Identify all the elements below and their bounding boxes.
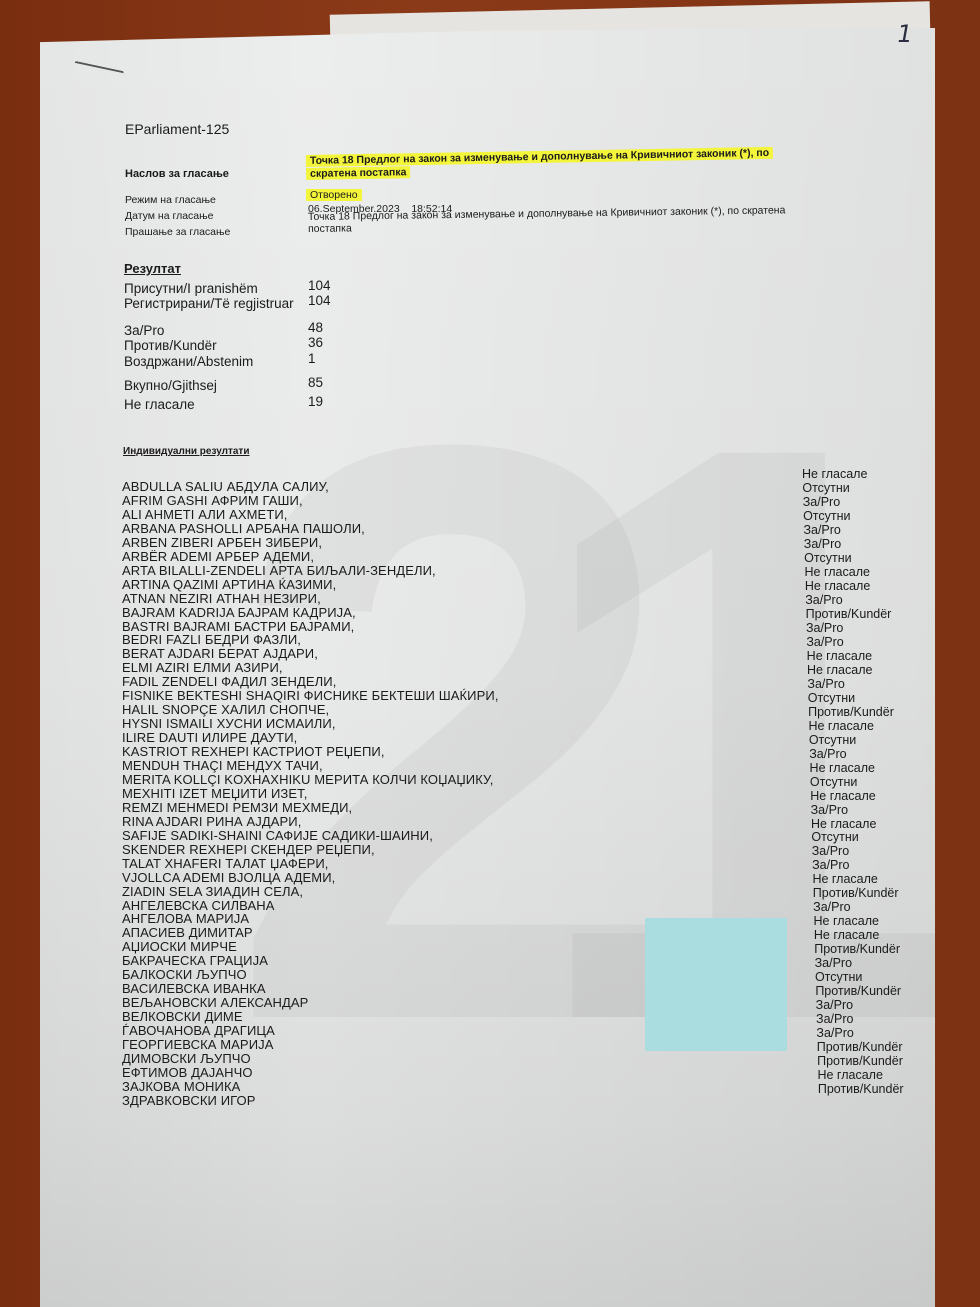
member-name: ARBEN ZIBERI АРБЕН ЗИБЕРИ, xyxy=(122,535,322,550)
member-vote: Не гласале xyxy=(805,565,870,579)
member-name: БАЛКОСКИ ЉУПЧО xyxy=(122,967,247,982)
member-vote: Против/Kundër xyxy=(817,1054,903,1068)
member-vote: Не гласале xyxy=(807,663,872,677)
result-label: Не гласале xyxy=(124,397,195,412)
member-name: ВЕЛКОВСКИ ДИМЕ xyxy=(122,1009,243,1024)
member-name: ЃАВОЧАНОВА ДРАГИЦА xyxy=(122,1023,275,1038)
result-value: 104 xyxy=(308,278,331,293)
member-vote: За/Pro xyxy=(805,593,842,607)
member-name: АНГЕЛОВА МАРИЈА xyxy=(122,911,249,926)
member-name: АПАСИЕВ ДИМИТАР xyxy=(122,925,253,940)
member-name: SAFIJE SADIKI-SHAINI САФИЈЕ САДИКИ-ШАИНИ… xyxy=(122,828,433,843)
member-vote: За/Pro xyxy=(813,900,850,914)
member-name: HALIL SNOPÇE ХАЛИЛ СНОПЧЕ, xyxy=(122,702,329,717)
member-name: ВЕЉАНОВСКИ АЛЕКСАНДАР xyxy=(122,995,308,1010)
member-vote: Не гласале xyxy=(810,761,875,775)
member-vote: Не гласале xyxy=(811,817,876,831)
member-name: ARBËR ADEMI АРБЕР АДЕМИ, xyxy=(122,549,314,564)
member-vote: Не гласале xyxy=(814,928,879,942)
individual-results-title: Индивидуални резултати xyxy=(123,446,249,457)
document-id: EParliament-125 xyxy=(125,121,229,137)
member-vote: Против/Kundër xyxy=(813,886,899,900)
meta-label-title: Наслов за гласање xyxy=(125,168,229,180)
member-name: MERITA KOLLÇI KOXHAXHIKU МЕРИТА КОЛЧИ КО… xyxy=(122,772,493,787)
member-name: KASTRIOT REXHEPI КАСТРИОТ РЕЏЕПИ, xyxy=(122,744,385,759)
result-label: Регистрирани/Të regjistruar xyxy=(124,296,294,311)
meta-label-date: Датум на гласање xyxy=(125,210,214,222)
member-vote: Не гласале xyxy=(817,1068,882,1082)
member-vote: Против/Kundër xyxy=(814,942,900,956)
member-name: BAJRAM KADRIJA БАЈРАМ КАДРИЈА, xyxy=(122,605,356,620)
result-value: 48 xyxy=(308,320,323,335)
member-vote: Отсутни xyxy=(811,830,858,844)
meta-label-mode: Режим на гласање xyxy=(125,194,216,206)
member-name: ARTA BILALLI-ZENDELI АРТА БИЉАЛИ-ЗЕНДЕЛИ… xyxy=(122,563,436,578)
member-name: BERAT AJDARI БЕРАТ АЈДАРИ, xyxy=(122,646,318,661)
member-vote: За/Pro xyxy=(803,495,840,509)
member-vote: Против/Kundër xyxy=(806,607,892,621)
member-name: АЏИОСКИ МИРЧЕ xyxy=(122,939,237,954)
member-name: ELMI AZIRI ЕЛМИ АЗИРИ, xyxy=(122,660,283,675)
member-vote: Не гласале xyxy=(805,579,870,593)
member-name: ЗАЈКОВА МОНИКА xyxy=(122,1079,240,1094)
member-name: ZIADIN SELA ЗИАДИН СЕЛА, xyxy=(122,884,303,899)
result-value: 104 xyxy=(308,293,331,308)
member-name: ВАСИЛЕВСКА ИВАНКА xyxy=(122,981,266,996)
member-vote: Не гласале xyxy=(808,719,873,733)
member-vote: Против/Kundër xyxy=(815,984,901,998)
member-name: SKENDER REXHEPI СКЕНДЕР РЕЏЕПИ, xyxy=(122,842,375,857)
result-value: 36 xyxy=(308,335,323,350)
member-vote: За/Pro xyxy=(816,998,853,1012)
member-vote: Отсутни xyxy=(810,775,857,789)
member-name: FISNIKE BEKTESHI SHAQIRI ФИСНИКЕ БЕКТЕШИ… xyxy=(122,688,499,703)
result-label: Присутни/I pranishëm xyxy=(124,281,258,296)
member-vote: За/Pro xyxy=(816,1012,853,1026)
member-vote: Отсутни xyxy=(803,509,850,523)
member-vote: Не гласале xyxy=(812,872,877,886)
meta-label-question: Прашање за гласање xyxy=(125,226,230,238)
member-vote: За/Pro xyxy=(811,803,848,817)
member-vote: Отсутни xyxy=(802,481,849,495)
member-vote: За/Pro xyxy=(809,747,846,761)
member-vote: Против/Kundër xyxy=(818,1082,904,1096)
member-vote: Против/Kundër xyxy=(808,705,894,719)
member-vote: Отсутни xyxy=(808,691,855,705)
member-vote: За/Pro xyxy=(803,523,840,537)
member-name: MENDUH THAÇI МЕНДУХ ТАЧИ, xyxy=(122,758,323,773)
member-vote: Отсутни xyxy=(804,551,851,565)
member-vote: Отсутни xyxy=(815,970,862,984)
result-label: За/Pro xyxy=(124,323,164,338)
member-vote: За/Pro xyxy=(804,537,841,551)
member-name: ЕФТИМОВ ДАЈАНЧО xyxy=(122,1065,253,1080)
member-vote: Не гласале xyxy=(802,467,867,481)
member-vote: За/Pro xyxy=(816,1026,853,1040)
member-vote: За/Pro xyxy=(806,621,843,635)
member-name: MEXHITI IZET МЕЏИТИ ИЗЕТ, xyxy=(122,786,307,801)
member-name: ABDULLA SALIU АБДУЛА САЛИУ, xyxy=(122,479,329,494)
member-vote: За/Pro xyxy=(812,858,849,872)
member-vote: Не гласале xyxy=(810,789,875,803)
member-vote: За/Pro xyxy=(815,956,852,970)
member-name: АНГЕЛЕВСКА СИЛВАНА xyxy=(122,898,275,913)
member-name: HYSNI ISMAILI ХУСНИ ИСМАИЛИ, xyxy=(122,716,336,731)
member-name: БАКРАЧЕСКА ГРАЦИЈА xyxy=(122,953,268,968)
member-name: BEDRI FAZLI БЕДРИ ФАЗЛИ, xyxy=(122,632,301,647)
result-value: 19 xyxy=(308,394,323,409)
member-name: RINA AJDARI РИНА АЈДАРИ, xyxy=(122,814,301,829)
member-name: BASTRI BAJRAMI БАСТРИ БАЈРАМИ, xyxy=(122,619,354,634)
member-name: ДИМОВСКИ ЉУПЧО xyxy=(122,1051,251,1066)
member-vote: Не гласале xyxy=(807,649,872,663)
member-name: VJOLLCA ADEMI ВЈОЛЦА АДЕМИ, xyxy=(122,870,335,885)
member-vote: Отсутни xyxy=(809,733,856,747)
member-name: ARTINA QAZIMI АРТИНА ЌАЗИМИ, xyxy=(122,577,336,592)
member-name: REMZI MEHMEDI РЕМЗИ МЕХМЕДИ, xyxy=(122,800,352,815)
member-vote: За/Pro xyxy=(806,635,843,649)
result-value: 85 xyxy=(308,375,323,390)
member-vote: За/Pro xyxy=(807,677,844,691)
results-title: Резултат xyxy=(124,261,181,276)
member-name: AFRIM GASHI АФРИМ ГАШИ, xyxy=(122,493,303,508)
member-name: ARBANA PASHOLLI АРБАНА ПАШОЛИ, xyxy=(122,521,365,536)
result-label: Против/Kundër xyxy=(124,338,217,353)
member-name: ALI AHMETI АЛИ АХМЕТИ, xyxy=(122,507,288,522)
meta-value-mode: Отворено xyxy=(306,189,362,201)
member-name: ЗДРАВКОВСКИ ИГОР xyxy=(122,1093,256,1108)
member-name: TALAT XHAFERI ТАЛАТ ЏАФЕРИ, xyxy=(122,856,329,871)
result-label: Воздржани/Abstenim xyxy=(124,354,253,369)
member-vote: Не гласале xyxy=(814,914,879,928)
result-label: Вкупно/Gjithsej xyxy=(124,378,217,393)
member-name: ГЕОРГИЕВСКА МАРИЈА xyxy=(122,1037,274,1052)
member-name: ILIRE DAUTI ИЛИРЕ ДАУТИ, xyxy=(122,730,297,745)
member-vote: Против/Kundër xyxy=(817,1040,903,1054)
member-vote: За/Pro xyxy=(812,844,849,858)
member-name: ATNAN NEZIRI АТНАН НЕЗИРИ, xyxy=(122,591,321,606)
result-value: 1 xyxy=(308,351,316,366)
member-name: FADIL ZENDELI ФАДИЛ ЗЕНДЕЛИ, xyxy=(122,674,336,689)
